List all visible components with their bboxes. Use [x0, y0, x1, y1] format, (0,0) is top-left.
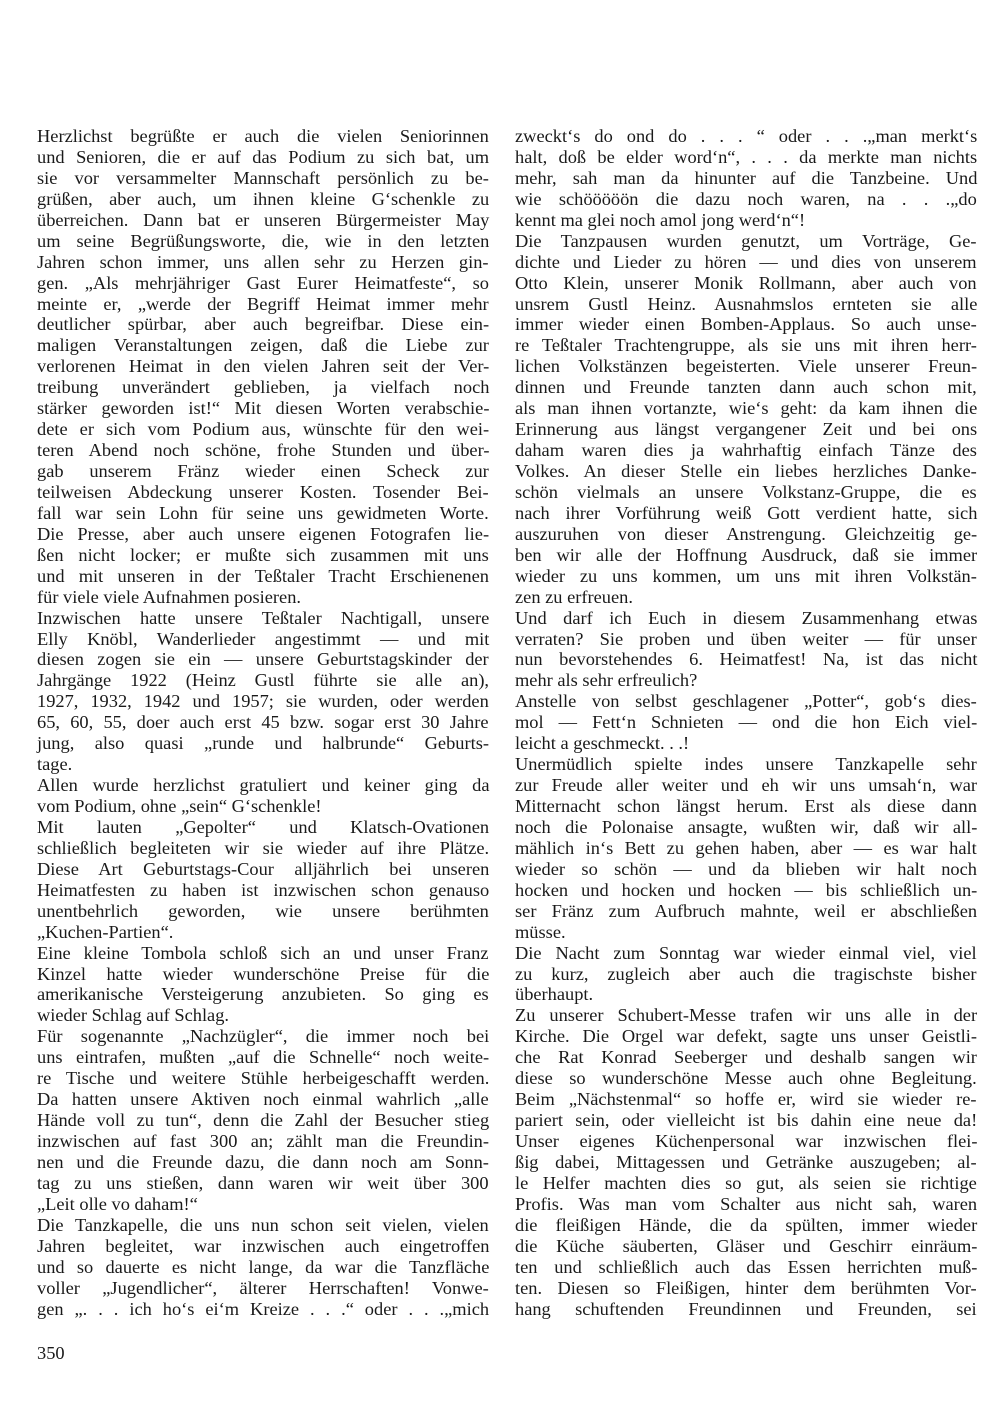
text-line: Anstelle von selbst geschlagener „Potter…	[515, 691, 977, 712]
text-line: hang schuftenden Freundinnen und Freunde…	[515, 1299, 977, 1320]
text-line: voller „Jugendlicher“, älterer Herrschaf…	[37, 1278, 489, 1299]
text-line: Jahrgänge 1922 (Heinz Gustl führte sie a…	[37, 670, 489, 691]
text-line: fall war sein Lohn für seine uns gewidme…	[37, 503, 489, 524]
text-line: tag zu uns stießen, dann waren wir weit …	[37, 1173, 489, 1194]
text-line: überreichen. Dann bat er unseren Bürgerm…	[37, 210, 489, 231]
text-line: amerikanische Versteigerung anzubieten. …	[37, 984, 489, 1005]
text-line: gen „. . . ich ho‘s ei‘m Kreize . . .“ o…	[37, 1299, 489, 1320]
text-line: überhaupt.	[515, 984, 977, 1005]
page-number: 350	[37, 1343, 65, 1364]
text-line: Eine kleine Tombola schloß sich an und u…	[37, 943, 489, 964]
text-line: meinte er, „werde der Begriff Heimat imm…	[37, 294, 489, 315]
text-line: Kirche. Die Orgel war defekt, sagte uns …	[515, 1026, 977, 1047]
text-line: mehr als sehr erfreulich?	[515, 670, 977, 691]
text-line: Jahren begleitet, war inzwischen auch ei…	[37, 1236, 489, 1257]
text-line: schön vielmals an unsere Volkstanz-Grupp…	[515, 482, 977, 503]
text-line: Herzlichst begrüßte er auch die vielen S…	[37, 126, 489, 147]
text-line: treibung unverändert geblieben, ja vielf…	[37, 377, 489, 398]
text-line: nun bevorstehendes 6. Heimatfest! Na, is…	[515, 649, 977, 670]
text-line: dinnen und Freunde tanzten dann auch sch…	[515, 377, 977, 398]
text-line: Die Presse, aber auch unsere eigenen Fot…	[37, 524, 489, 545]
text-line: ten und schließlich auch das Essen herri…	[515, 1257, 977, 1278]
text-line: daham waren dies ja wahrhaftig einfach T…	[515, 440, 977, 461]
text-line: nen und die Freunde dazu, die dann noch …	[37, 1152, 489, 1173]
text-line: 1927, 1932, 1942 und 1957; sie wurden, o…	[37, 691, 489, 712]
text-line: die Küche säuberten, Gläser und Geschirr…	[515, 1236, 977, 1257]
text-line: um seine Begrüßungsworte, die, wie in de…	[37, 231, 489, 252]
text-line: und mit unseren in der Teßtaler Tracht E…	[37, 566, 489, 587]
text-line: zur Freude aller weiter und eh wir uns u…	[515, 775, 977, 796]
text-line: wieder Schlag auf Schlag.	[37, 1005, 489, 1026]
text-line: ser Fränz zum Aufbruch mahnte, weil er a…	[515, 901, 977, 922]
text-line: vom Podium, ohne „sein“ G‘schenkle!	[37, 796, 489, 817]
text-line: müsse.	[515, 922, 977, 943]
text-line: verraten? Sie proben und üben weiter — f…	[515, 629, 977, 650]
text-line: ßen nicht locker; er mußte sich zusammen…	[37, 545, 489, 566]
text-line: hocken und hocken und hocken — bis schli…	[515, 880, 977, 901]
text-line: Und darf ich Euch in diesem Zusammenhang…	[515, 608, 977, 629]
text-line: „Kuchen-Partien“.	[37, 922, 489, 943]
text-line: und Senioren, die er auf das Podium zu s…	[37, 147, 489, 168]
text-line: diesen zogen sie ein — unsere Geburtstag…	[37, 649, 489, 670]
text-line: inzwischen auf fast 300 an; zählt man di…	[37, 1131, 489, 1152]
text-line: immer wieder einen Bomben-Applaus. So au…	[515, 314, 977, 335]
text-line: jung, also quasi „runde und halbrunde“ G…	[37, 733, 489, 754]
text-line: die fleißigen Hände, die da spülten, imm…	[515, 1215, 977, 1236]
text-line: wie schööööön die dazu noch waren, na . …	[515, 189, 977, 210]
text-line: Die Tanzpausen wurden genutzt, um Vorträ…	[515, 231, 977, 252]
text-line: gen. „Als mehrjähriger Gast Eurer Heimat…	[37, 273, 489, 294]
text-line: Unser eigenes Küchenpersonal war inzwisc…	[515, 1131, 977, 1152]
text-line: unentbehrlich geworden, wie unsere berüh…	[37, 901, 489, 922]
text-line: Zu unserer Schubert-Messe trafen wir uns…	[515, 1005, 977, 1026]
text-line: Profis. Was man vom Schalter aus nicht s…	[515, 1194, 977, 1215]
text-line: le Helfer machten dies so gut, als seien…	[515, 1173, 977, 1194]
text-line: teren Abend noch schöne, frohe Stunden u…	[37, 440, 489, 461]
text-line: pariert sein, oder vielleicht ist bis da…	[515, 1110, 977, 1131]
text-line: deutlicher spürbar, aber auch begreifbar…	[37, 314, 489, 335]
text-line: leicht a geschmeckt. . .!	[515, 733, 977, 754]
text-line: stärker geworden ist!“ Mit diesen Worten…	[37, 398, 489, 419]
text-line: nach ihrer Vorführung weiß Gott verdient…	[515, 503, 977, 524]
text-line: gab unserem Fränz wieder einen Scheck zu…	[37, 461, 489, 482]
text-line: verlorenen Heimat in den vielen Jahren s…	[37, 356, 489, 377]
text-line: Unermüdlich spielte indes unsere Tanzkap…	[515, 754, 977, 775]
text-line: ten. Diesen so Fleißigen, hinter dem ber…	[515, 1278, 977, 1299]
text-line: 65, 60, 55, doer auch erst 45 bzw. sogar…	[37, 712, 489, 733]
text-line: Elly Knöbl, Wanderlieder angestimmt — un…	[37, 629, 489, 650]
text-line: Allen wurde herzlichst gratuliert und ke…	[37, 775, 489, 796]
text-line: teilweisen Abdeckung unserer Kosten. Tos…	[37, 482, 489, 503]
text-line: dichte und Lieder zu hören — und dies vo…	[515, 252, 977, 273]
text-line: unsrem Gustl Heinz. Ausnahmslos ernteten…	[515, 294, 977, 315]
text-line: und so dauerte es nicht lange, da war di…	[37, 1257, 489, 1278]
text-line: Jahren schon immer, uns allen sehr zu He…	[37, 252, 489, 273]
text-line: ßig dabei, Mittagessen und Getränke ausz…	[515, 1152, 977, 1173]
text-line: maligen Veranstaltungen zeigen, daß die …	[37, 335, 489, 356]
right-column: zweckt‘s do ond do . . . “ oder . . .„ma…	[515, 126, 977, 1319]
text-line: zu kurz, zugleich aber auch die tragisch…	[515, 964, 977, 985]
text-line: re Tische und weitere Stühle herbeigesch…	[37, 1068, 489, 1089]
text-line: für viele viele Aufnahmen posieren.	[37, 587, 489, 608]
left-column: Herzlichst begrüßte er auch die vielen S…	[37, 126, 489, 1319]
text-line: Heimatfesten zu haben ist inzwischen sch…	[37, 880, 489, 901]
text-line: Mitternacht schon längst herum. Erst als…	[515, 796, 977, 817]
text-line: Hände voll zu tun“, denn die Zahl der Be…	[37, 1110, 489, 1131]
text-line: Für sogenannte „Nachzügler“, die immer n…	[37, 1026, 489, 1047]
text-line: noch die Polonaise ansagte, wußten wir, …	[515, 817, 977, 838]
text-line: re Teßtaler Trachtengruppe, als sie uns …	[515, 335, 977, 356]
text-line: als man ihnen vortanzte, wie‘s geht: da …	[515, 398, 977, 419]
text-line: kennt ma glei noch amol jong werd‘n“!	[515, 210, 977, 231]
text-line: tage.	[37, 754, 489, 775]
text-line: zweckt‘s do ond do . . . “ oder . . .„ma…	[515, 126, 977, 147]
text-line: Erinnerung aus längst vergangener Zeit u…	[515, 419, 977, 440]
text-line: mählich in‘s Bett zu gehen haben, aber —…	[515, 838, 977, 859]
text-line: Die Nacht zum Sonntag war wieder einmal …	[515, 943, 977, 964]
text-line: zen zu erfreuen.	[515, 587, 977, 608]
text-line: Diese Art Geburtstags-Cour alljährlich b…	[37, 859, 489, 880]
text-line: wieder zu uns kommen, um uns mit ihren V…	[515, 566, 977, 587]
text-line: schließlich begleiteten wir sie wieder a…	[37, 838, 489, 859]
text-line: Die Tanzkapelle, die uns nun schon seit …	[37, 1215, 489, 1236]
text-line: ben wir alle der Hoffnung Ausdruck, daß …	[515, 545, 977, 566]
text-line: Beim „Nächstenmal“ so hoffe er, wird sie…	[515, 1089, 977, 1110]
text-line: mehr, sah man da hinunter auf die Tanzbe…	[515, 168, 977, 189]
text-line: Da hatten unsere Aktiven noch einmal wah…	[37, 1089, 489, 1110]
text-line: auszuruhen von dieser Anstrengung. Gleic…	[515, 524, 977, 545]
text-line: Inzwischen hatte unsere Teßtaler Nachtig…	[37, 608, 489, 629]
text-line: diese so wunderschöne Messe auch ohne Be…	[515, 1068, 977, 1089]
text-line: „Leit olle vo daham!“	[37, 1194, 489, 1215]
text-line: che Rat Konrad Seeberger und deshalb san…	[515, 1047, 977, 1068]
text-line: lichen Volkstänzen begeisterten. Viele u…	[515, 356, 977, 377]
text-line: dete er sich vom Podium aus, wünschte fü…	[37, 419, 489, 440]
text-line: Otto Klein, unserer Monik Rollmann, aber…	[515, 273, 977, 294]
text-line: Kinzel hatte wieder wunderschöne Preise …	[37, 964, 489, 985]
text-line: Volkes. An dieser Stelle ein liebes herz…	[515, 461, 977, 482]
text-line: sie vor versammelter Mannschaft persönli…	[37, 168, 489, 189]
text-line: grüßen, aber auch, um ihnen kleine G‘sch…	[37, 189, 489, 210]
text-line: wieder so schön — und da blieben wir hal…	[515, 859, 977, 880]
text-line: Mit lauten „Gepolter“ und Klatsch-Ovatio…	[37, 817, 489, 838]
text-line: mol — Fett‘n Schnieten — ond die hon Eic…	[515, 712, 977, 733]
text-line: halt, doß be elder word‘n“, . . . da mer…	[515, 147, 977, 168]
text-line: uns eintrafen, mußten „auf die Schnelle“…	[37, 1047, 489, 1068]
